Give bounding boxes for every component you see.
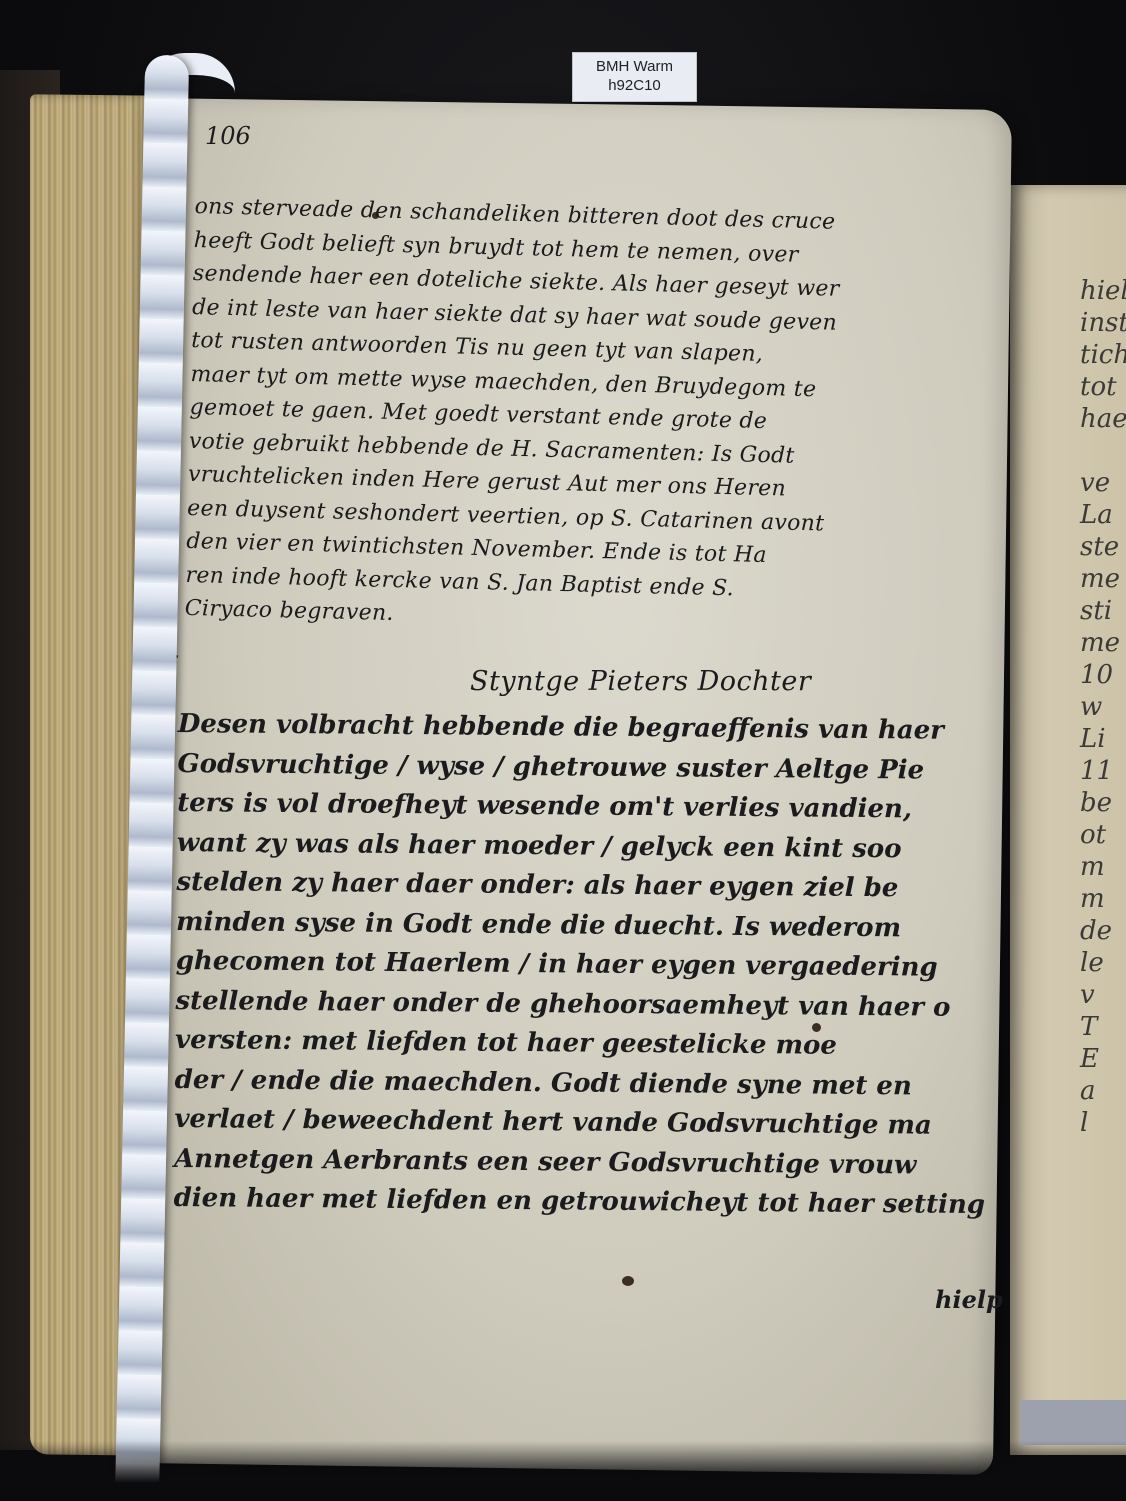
paragraph-2: Desen volbracht hebbende die begraeffeni… (174, 705, 1033, 1226)
text-line: verlaet / beweechdent hert vande Godsvru… (174, 1100, 1029, 1147)
archive-label: BMH Warm h92C10 (572, 52, 697, 102)
facing-page-text: hielp inst tich tot hae ve La ste me sti… (1080, 275, 1126, 1139)
paper-hole (622, 1276, 634, 1286)
book-stand (1020, 1400, 1126, 1445)
paragraph-1: ons sterveade den schandeliken bitteren … (184, 190, 994, 645)
text-line: dien haer met liefden en getrouwicheyt t… (174, 1179, 1029, 1226)
archive-label-collection: BMH Warm (573, 57, 696, 76)
text-line: ters is vol droefheyt wesende om't verli… (177, 784, 1032, 831)
catchword: hielp (935, 1285, 1003, 1314)
text-line: versten: met liefden tot haer geestelick… (175, 1021, 1030, 1068)
section-heading: Styntge Pieters Dochter (470, 666, 811, 697)
page-number: 106 (205, 122, 251, 150)
shadow (0, 1441, 1126, 1501)
text-line: stelden zy haer daer onder: als haer eyg… (176, 863, 1031, 910)
archive-label-shelfmark: h92C10 (573, 76, 696, 95)
manuscript-photo: hielp inst tich tot hae ve La ste me sti… (0, 0, 1126, 1501)
text-line: Desen volbracht hebbende die begraeffeni… (178, 705, 1033, 752)
text-line: ghecomen tot Haerlem / in haer eygen ver… (176, 942, 1031, 989)
